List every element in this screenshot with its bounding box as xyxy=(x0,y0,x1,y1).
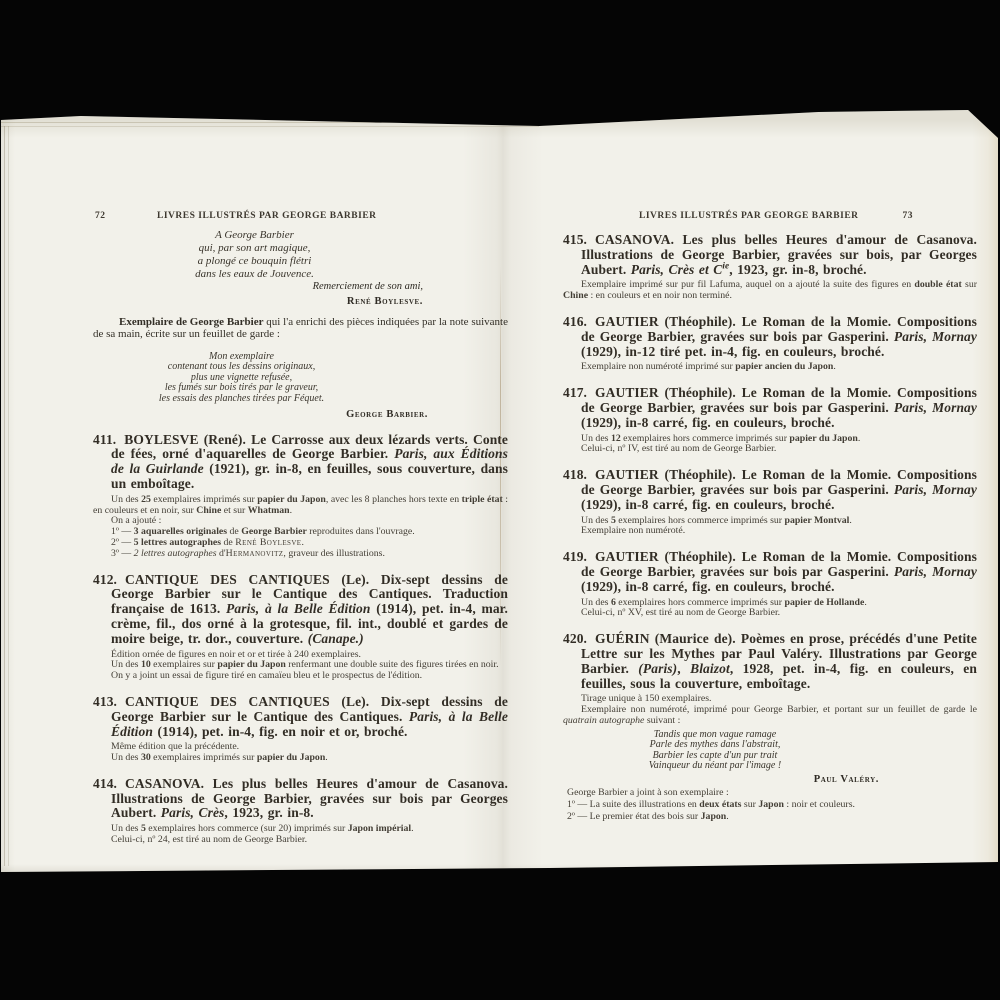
entry-heading-text: GAUTIER (Théophile). Le Roman de la Momi… xyxy=(581,467,977,512)
note-line: Un des 25 exemplaires imprimés sur papie… xyxy=(93,495,508,517)
signature-rene-boylesve: René Boylesve. xyxy=(347,296,423,307)
entry-number: 414. xyxy=(93,776,125,791)
note-line: 3º — 2 lettres autographes d'Hermanovitz… xyxy=(93,549,508,560)
entry-number: 412. xyxy=(93,572,125,587)
entry-419: 419.GAUTIER (Théophile). Le Roman de la … xyxy=(563,550,977,619)
entry-heading: 420.GUÉRIN (Maurice de). Poèmes en prose… xyxy=(563,632,977,691)
entry-413: 413.CANTIQUE DES CANTIQUES (Le). Dix-sep… xyxy=(93,695,508,764)
entry-420: 420.GUÉRIN (Maurice de). Poèmes en prose… xyxy=(563,632,977,822)
entry-additions: George Barbier a joint à son exemplaire … xyxy=(563,787,977,822)
left-running-head: 72 LIVRES ILLUSTRÉS PAR GEORGE BARBIER xyxy=(93,211,508,224)
entry-number: 413. xyxy=(93,694,125,709)
entry-heading: 415.CASANOVA. Les plus belles Heures d'a… xyxy=(563,233,977,277)
left-running-title: LIVRES ILLUSTRÉS PAR GEORGE BARBIER xyxy=(157,211,377,221)
signature-paul-valery: Paul Valéry. xyxy=(814,774,879,785)
entry-heading-text: BOYLESVE (René). Le Carrosse aux deux lé… xyxy=(111,432,508,491)
quatrain-line: Parle des mythes dans l'abstrait, xyxy=(563,740,867,750)
entry-415: 415.CASANOVA. Les plus belles Heures d'a… xyxy=(563,233,977,302)
addition-line: 1º — La suite des illustrations en deux … xyxy=(563,799,977,811)
dedication-closing: Remerciement de son ami, xyxy=(93,281,508,293)
entry-number: 416. xyxy=(563,314,595,329)
entry-heading: 414.CASANOVA. Les plus belles Heures d'a… xyxy=(93,777,508,821)
entry-414: 414.CASANOVA. Les plus belles Heures d'a… xyxy=(93,777,508,846)
entry-notes: Exemplaire imprimé sur pur fil Lafuma, a… xyxy=(563,280,977,302)
right-page: LIVRES ILLUSTRÉS PAR GEORGE BARBIER 73 4… xyxy=(563,211,977,822)
entry-heading-text: CANTIQUE DES CANTIQUES (Le). Dix-sept de… xyxy=(111,694,508,739)
left-page: 72 LIVRES ILLUSTRÉS PAR GEORGE BARBIER A… xyxy=(93,211,508,846)
dedication-signature: René Boylesve. xyxy=(93,294,508,308)
page-stack-top-edge xyxy=(1,122,539,128)
entry-heading-text: GAUTIER (Théophile). Le Roman de la Momi… xyxy=(581,549,977,594)
entry-heading-text: CASANOVA. Les plus belles Heures d'amour… xyxy=(111,776,508,821)
entry-heading: 417.GAUTIER (Théophile). Le Roman de la … xyxy=(563,386,977,430)
entry-heading: 416.GAUTIER (Théophile). Le Roman de la … xyxy=(563,315,977,359)
entry-heading: 411.BOYLESVE (René). Le Carrosse aux deu… xyxy=(93,433,508,492)
valery-quatrain: Tandis que mon vague ramage Parle des my… xyxy=(563,730,977,772)
addition-line: George Barbier a joint à son exemplaire … xyxy=(563,787,977,799)
right-page-number: 73 xyxy=(903,211,914,221)
entry-notes: Un des 5 exemplaires hors commerce impri… xyxy=(563,516,977,538)
note-line: Un des 30 exemplaires imprimés sur papie… xyxy=(93,753,508,764)
entry-heading: 418.GAUTIER (Théophile). Le Roman de la … xyxy=(563,468,977,512)
entry-heading: 413.CANTIQUE DES CANTIQUES (Le). Dix-sep… xyxy=(93,695,508,739)
dedication-verse: A George Barbier qui, par son art magiqu… xyxy=(93,229,508,281)
note-line: Exemplaire non numéroté, imprimé pour Ge… xyxy=(563,705,977,727)
entry-notes: Un des 25 exemplaires imprimés sur papie… xyxy=(93,495,508,560)
open-book-spread: 72 LIVRES ILLUSTRÉS PAR GEORGE BARBIER A… xyxy=(1,96,998,872)
manuscript-note: Mon exemplaire contenant tous les dessin… xyxy=(93,352,508,405)
dedication-line: A George Barbier xyxy=(93,229,416,242)
entry-number: 415. xyxy=(563,232,595,247)
entry-notes: Un des 6 exemplaires hors commerce impri… xyxy=(563,598,977,620)
note-line: Exemplaire imprimé sur pur fil Lafuma, a… xyxy=(563,280,977,302)
left-page-number: 72 xyxy=(95,211,106,221)
addition-line: 2º — Le premier état des bois sur Japon. xyxy=(563,811,977,823)
entry-notes: Édition ornée de figures en noir et or e… xyxy=(93,650,508,682)
note-line: Celui-ci, nº XV, est tiré au nom de Geor… xyxy=(563,608,977,619)
dedication-line: qui, par son art magique, xyxy=(93,242,416,255)
entry-heading-text: GUÉRIN (Maurice de). Poèmes en prose, pr… xyxy=(581,631,977,690)
entry-heading: 419.GAUTIER (Théophile). Le Roman de la … xyxy=(563,550,977,594)
entry-heading-text: GAUTIER (Théophile). Le Roman de la Momi… xyxy=(581,314,977,359)
entry-notes: Exemplaire non numéroté imprimé sur papi… xyxy=(563,362,977,373)
note-line: On y a joint un essai de figure tiré en … xyxy=(93,671,508,682)
note-line: Exemplaire non numéroté. xyxy=(563,526,977,537)
dedication-line: dans les eaux de Jouvence. xyxy=(93,268,416,281)
right-running-title: LIVRES ILLUSTRÉS PAR GEORGE BARBIER xyxy=(639,211,859,221)
note-line: Exemplaire non numéroté imprimé sur papi… xyxy=(563,362,977,373)
note-line: Celui-ci, nº IV, est tiré au nom de Geor… xyxy=(563,444,977,455)
entry-number: 420. xyxy=(563,631,595,646)
entry-notes: Tirage unique à 150 exemplaires. Exempla… xyxy=(563,694,977,726)
entry-412: 412.CANTIQUE DES CANTIQUES (Le). Dix-sep… xyxy=(93,573,508,682)
entry-number: 417. xyxy=(563,385,595,400)
entry-411: 411.BOYLESVE (René). Le Carrosse aux deu… xyxy=(93,433,508,560)
entry-notes: Un des 12 exemplaires hors commerce impr… xyxy=(563,434,977,456)
provenance-note: Exemplaire de George Barbier qui l'a enr… xyxy=(93,317,508,341)
quatrain-line: Vainqueur du néant par l'image ! xyxy=(563,761,867,771)
entry-heading-text: CASANOVA. Les plus belles Heures d'amour… xyxy=(581,232,977,277)
entry-number: 418. xyxy=(563,467,595,482)
entry-heading-text: CANTIQUE DES CANTIQUES (Le). Dix-sept de… xyxy=(111,572,508,646)
entry-number: 419. xyxy=(563,549,595,564)
entry-number: 411. xyxy=(93,432,124,447)
entry-notes: Même édition que la précédente. Un des 3… xyxy=(93,742,508,764)
quatrain-signature: Paul Valéry. xyxy=(563,772,977,785)
manuscript-signature: George Barbier. xyxy=(93,407,508,421)
right-running-head: LIVRES ILLUSTRÉS PAR GEORGE BARBIER 73 xyxy=(563,211,977,224)
dedication-line: a plongé ce bouquin flétri xyxy=(93,255,416,268)
signature-george-barbier: George Barbier. xyxy=(346,409,428,420)
note-line: Celui-ci, nº 24, est tiré au nom de Geor… xyxy=(93,835,508,846)
entry-notes: Un des 5 exemplaires hors commerce (sur … xyxy=(93,824,508,846)
entry-heading: 412.CANTIQUE DES CANTIQUES (Le). Dix-sep… xyxy=(93,573,508,647)
entry-heading-text: GAUTIER (Théophile). Le Roman de la Momi… xyxy=(581,385,977,430)
page-stack-left-edge xyxy=(4,126,12,866)
entry-418: 418.GAUTIER (Théophile). Le Roman de la … xyxy=(563,468,977,537)
entry-416: 416.GAUTIER (Théophile). Le Roman de la … xyxy=(563,315,977,373)
entry-417: 417.GAUTIER (Théophile). Le Roman de la … xyxy=(563,386,977,455)
manuscript-note-line: les essais des planches tirées par Féque… xyxy=(93,394,390,405)
